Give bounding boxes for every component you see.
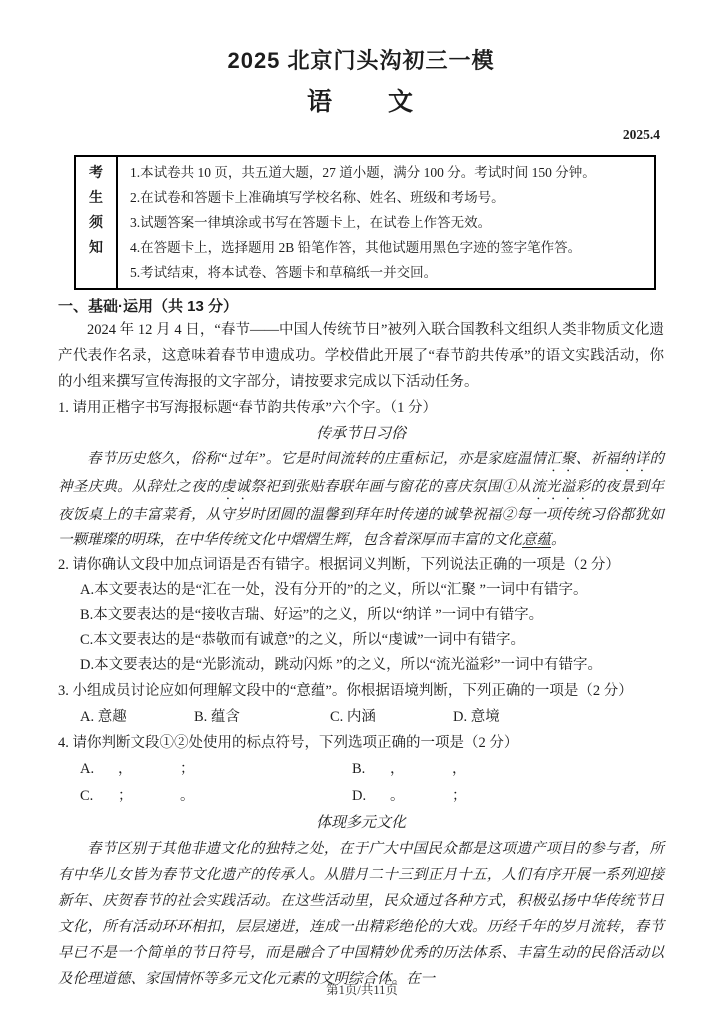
question-3-stem: 3. 小组成员讨论应如何理解文段中的“意蕴”。你根据语境判断，下列正确的一项是（… — [58, 678, 664, 704]
punctuation-2: ， — [452, 756, 467, 783]
punctuation-2: ； — [452, 783, 467, 810]
option-label: C. — [80, 783, 118, 810]
question-4-option-d: D. 。 ； — [352, 783, 624, 810]
question-4-option-b: B. ， ， — [352, 756, 624, 783]
punctuation-1: 。 — [390, 783, 452, 810]
exam-date: 2025.4 — [58, 127, 664, 143]
option-label: B. — [352, 756, 390, 783]
notice-items: 1.本试卷共 10 页，共五道大题，27 道小题，满分 100 分。考试时间 1… — [118, 157, 654, 288]
notice-item: 2.在试卷和答题卡上准确填写学校名称、姓名、班级和考场号。 — [130, 185, 646, 210]
section-heading-basics: 一、基础·运用（共 13 分） — [58, 297, 664, 317]
passage1-segment: 、祈福 — [576, 451, 620, 467]
page-content: 2025 北京门头沟初三一模 语 文 2025.4 考 生 须 知 1.本试卷共… — [0, 0, 724, 992]
passage1-segment: 。 — [551, 532, 566, 548]
question-3-option-d: D. 意境 — [453, 704, 500, 730]
option-label: D. — [352, 783, 390, 810]
passage1-title: 传承节日习俗 — [58, 421, 664, 447]
question-1: 1. 请用正楷字书写海报标题“春节韵共传承”六个字。（1 分） — [58, 395, 664, 421]
passage1-underlined-word: 意蕴 — [522, 532, 551, 548]
question-3-options: A. 意趣 B. 蕴含 C. 内涵 D. 意境 — [58, 704, 664, 730]
passage1-dotted-word: 汇聚 — [546, 451, 576, 467]
question-4-options: A. ， ； B. ， ， C. ； 。 D. 。 — [58, 756, 664, 810]
passage1-dotted-word: 流光溢彩 — [531, 479, 590, 495]
question-3-option-a: A. 意趣 — [80, 704, 194, 730]
question-4-option-c: C. ； 。 — [80, 783, 352, 810]
question-2-option-d: D.本文要表达的是“光影流动，跳动闪烁 ”的之义，所以“流光溢彩”一词中有错字。 — [80, 653, 664, 678]
notice-header-char: 须 — [89, 210, 103, 235]
passage1-segment: 祭祀到张贴春联年画与窗花的喜庆氛围①从 — [250, 479, 531, 495]
question-2-options: A.本文要表达的是“汇在一处，没有分开的”的之义，所以“汇聚 ”一词中有错字。 … — [58, 578, 664, 678]
question-4-row-1: A. ， ； B. ， ， — [80, 756, 664, 783]
punctuation-1: ， — [390, 756, 452, 783]
question-2-option-a: A.本文要表达的是“汇在一处，没有分开的”的之义，所以“汇聚 ”一词中有错字。 — [80, 578, 664, 603]
passage2-title: 体现多元文化 — [58, 810, 664, 836]
punctuation-1: ； — [118, 783, 180, 810]
notice-item: 4.在答题卡上，选择题用 2B 铅笔作答，其他试题用黑色字迹的签字笔作答。 — [130, 235, 646, 260]
passage1-dotted-word: 纳详 — [620, 451, 650, 467]
page-title: 2025 北京门头沟初三一模 — [58, 48, 664, 74]
exam-paper-page: 2025 北京门头沟初三一模 语 文 2025.4 考 生 须 知 1.本试卷共… — [0, 0, 724, 1024]
option-label: A. — [80, 756, 118, 783]
notice-header-char: 生 — [89, 185, 103, 210]
notice-item: 1.本试卷共 10 页，共五道大题，27 道小题，满分 100 分。考试时间 1… — [130, 160, 646, 185]
punctuation-2: ； — [180, 756, 195, 783]
question-2-stem: 2. 请你确认文段中加点词语是否有错字。根据词义判断，下列说法正确的一项是（2 … — [58, 552, 664, 578]
punctuation-2: 。 — [180, 783, 195, 810]
question-3-option-b: B. 蕴含 — [194, 704, 330, 730]
passage1-dotted-word: 虔诚 — [221, 479, 251, 495]
passage1-text: 春节历史悠久，俗称“过年”。它是时间流转的庄重标记，亦是家庭温情汇聚、祈福纳详的… — [58, 447, 664, 552]
notice-header-char: 考 — [89, 160, 103, 185]
question-4-option-a: A. ， ； — [80, 756, 352, 783]
punctuation-1: ， — [118, 756, 180, 783]
notice-item: 3.试题答案一律填涂或书写在答题卡上，在试卷上作答无效。 — [130, 210, 646, 235]
page-number: 第1页/共11页 — [0, 980, 724, 998]
notice-item: 5.考试结束，将本试卷、答题卡和草稿纸一并交回。 — [130, 260, 646, 285]
notice-header-column: 考 生 须 知 — [76, 157, 118, 288]
passage1-segment: 春节历史悠久，俗称“过年”。它是时间流转的庄重标记，亦是家庭温情 — [87, 451, 546, 467]
subject-title: 语 文 — [58, 88, 664, 118]
examinee-notice-table: 考 生 须 知 1.本试卷共 10 页，共五道大题，27 道小题，满分 100 … — [74, 155, 656, 290]
question-4-row-2: C. ； 。 D. 。 ； — [80, 783, 664, 810]
intro-paragraph: 2024 年 12 月 4 日，“春节——中国人传统节日”被列入联合国教科文组织… — [58, 317, 664, 395]
passage2-text: 春节区别于其他非遗文化的独特之处，在于广大中国民众都是这项遗产项目的参与者，所有… — [58, 836, 664, 992]
question-3-option-c: C. 内涵 — [330, 704, 453, 730]
question-4-stem: 4. 请你判断文段①②处使用的标点符号，下列选项正确的一项是（2 分） — [58, 730, 664, 756]
notice-header-char: 知 — [89, 235, 103, 260]
question-2-option-b: B.本文要表达的是“接收吉瑞、好运”的之义，所以“纳详 ”一词中有错字。 — [80, 603, 664, 628]
question-2-option-c: C.本文要表达的是“恭敬而有诚意”的之义，所以“虔诚”一词中有错字。 — [80, 628, 664, 653]
